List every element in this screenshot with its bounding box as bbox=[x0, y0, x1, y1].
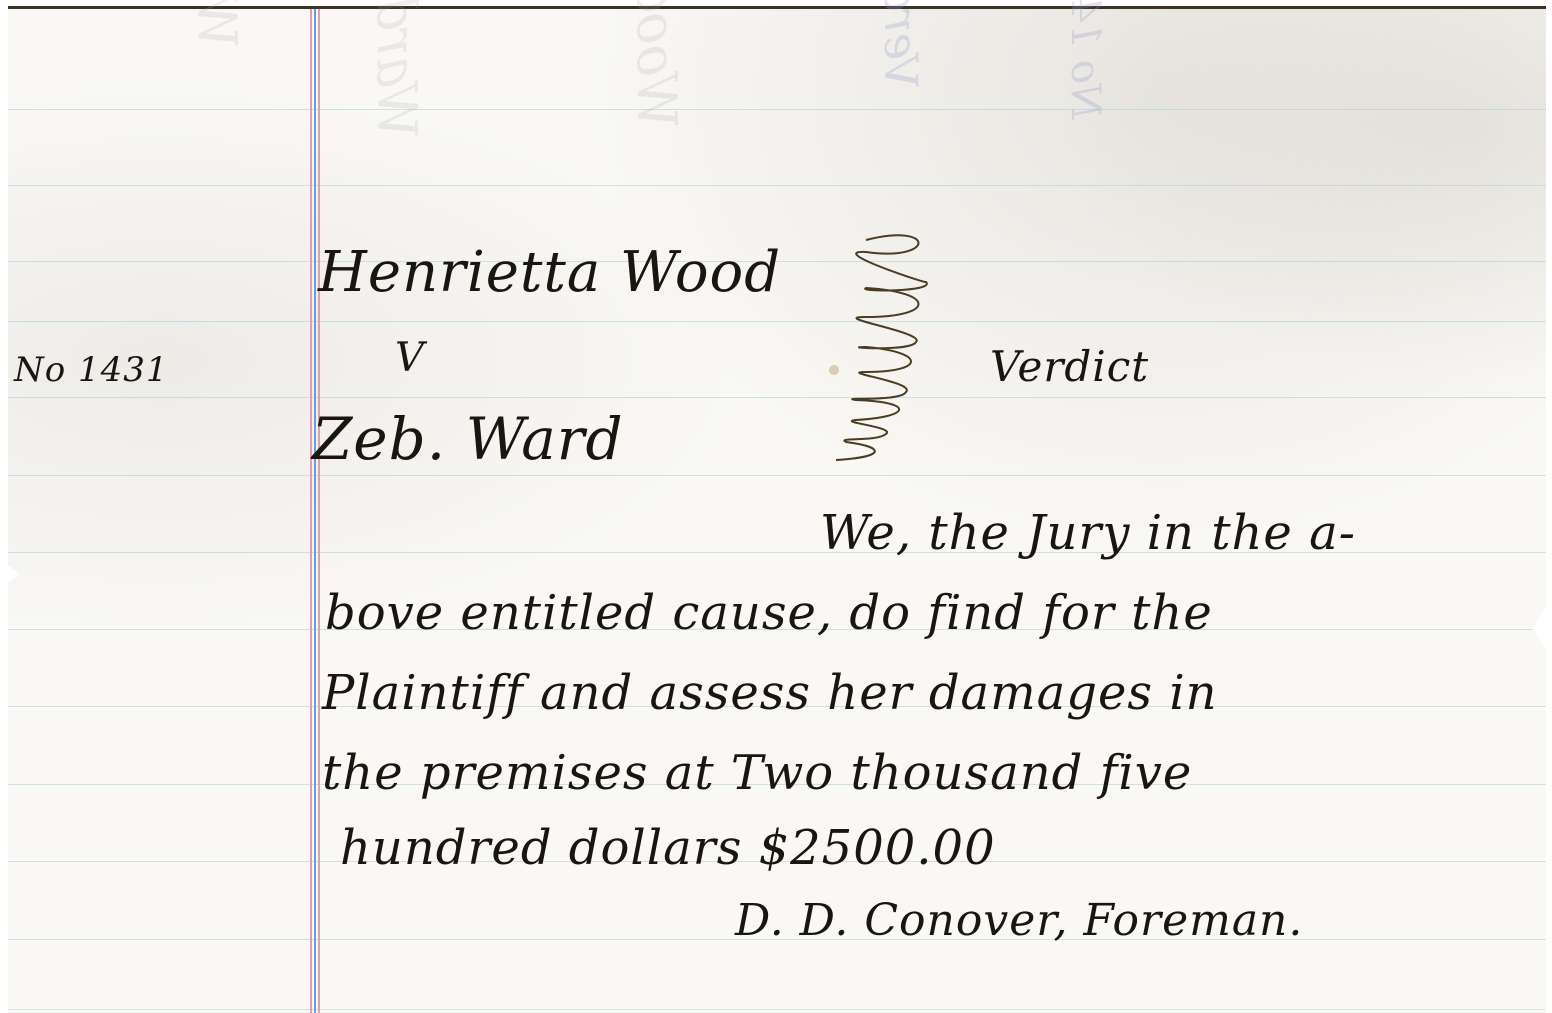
ruled-line bbox=[8, 397, 1546, 398]
ruled-line bbox=[8, 185, 1546, 186]
bleed-through-text: Ward bbox=[365, 0, 428, 139]
verdict-line-1: We, the Jury in the a- bbox=[820, 505, 1356, 561]
margin-line-pink bbox=[318, 9, 320, 1013]
versus-mark: V bbox=[395, 335, 425, 381]
foreman-signature: D. D. Conover, Foreman. bbox=[735, 895, 1303, 946]
pen-flourish-icon bbox=[826, 222, 936, 472]
ruled-line bbox=[8, 321, 1546, 322]
bleed-through-text: Verdict bbox=[874, 0, 928, 89]
ruled-line bbox=[8, 475, 1546, 476]
defendant-name: Zeb. Ward bbox=[312, 405, 624, 473]
plaintiff-name: Henrietta Wood bbox=[318, 240, 781, 305]
verdict-line-4: the premises at Two thousand five bbox=[322, 745, 1192, 801]
paper-tear bbox=[0, 560, 20, 588]
paper-fold bbox=[1532, 598, 1552, 658]
case-number: No 1431 bbox=[14, 350, 169, 390]
verdict-line-5: hundred dollars $2500.00 bbox=[340, 820, 996, 876]
verdict-line-3: Plaintiff and assess her damages in bbox=[322, 665, 1218, 721]
ruled-line bbox=[8, 1009, 1546, 1010]
document-title: Verdict bbox=[990, 342, 1149, 391]
bleed-through-text: No 1431 bbox=[1062, 0, 1108, 119]
margin-line-blue bbox=[314, 9, 316, 1013]
bleed-through-text: Wood bbox=[185, 0, 248, 49]
verdict-line-2: bove entitled cause, do find for the bbox=[325, 585, 1213, 641]
margin-line-pink bbox=[310, 9, 312, 1013]
ruled-line bbox=[8, 109, 1546, 110]
bleed-through-text: Wood bbox=[625, 0, 688, 129]
